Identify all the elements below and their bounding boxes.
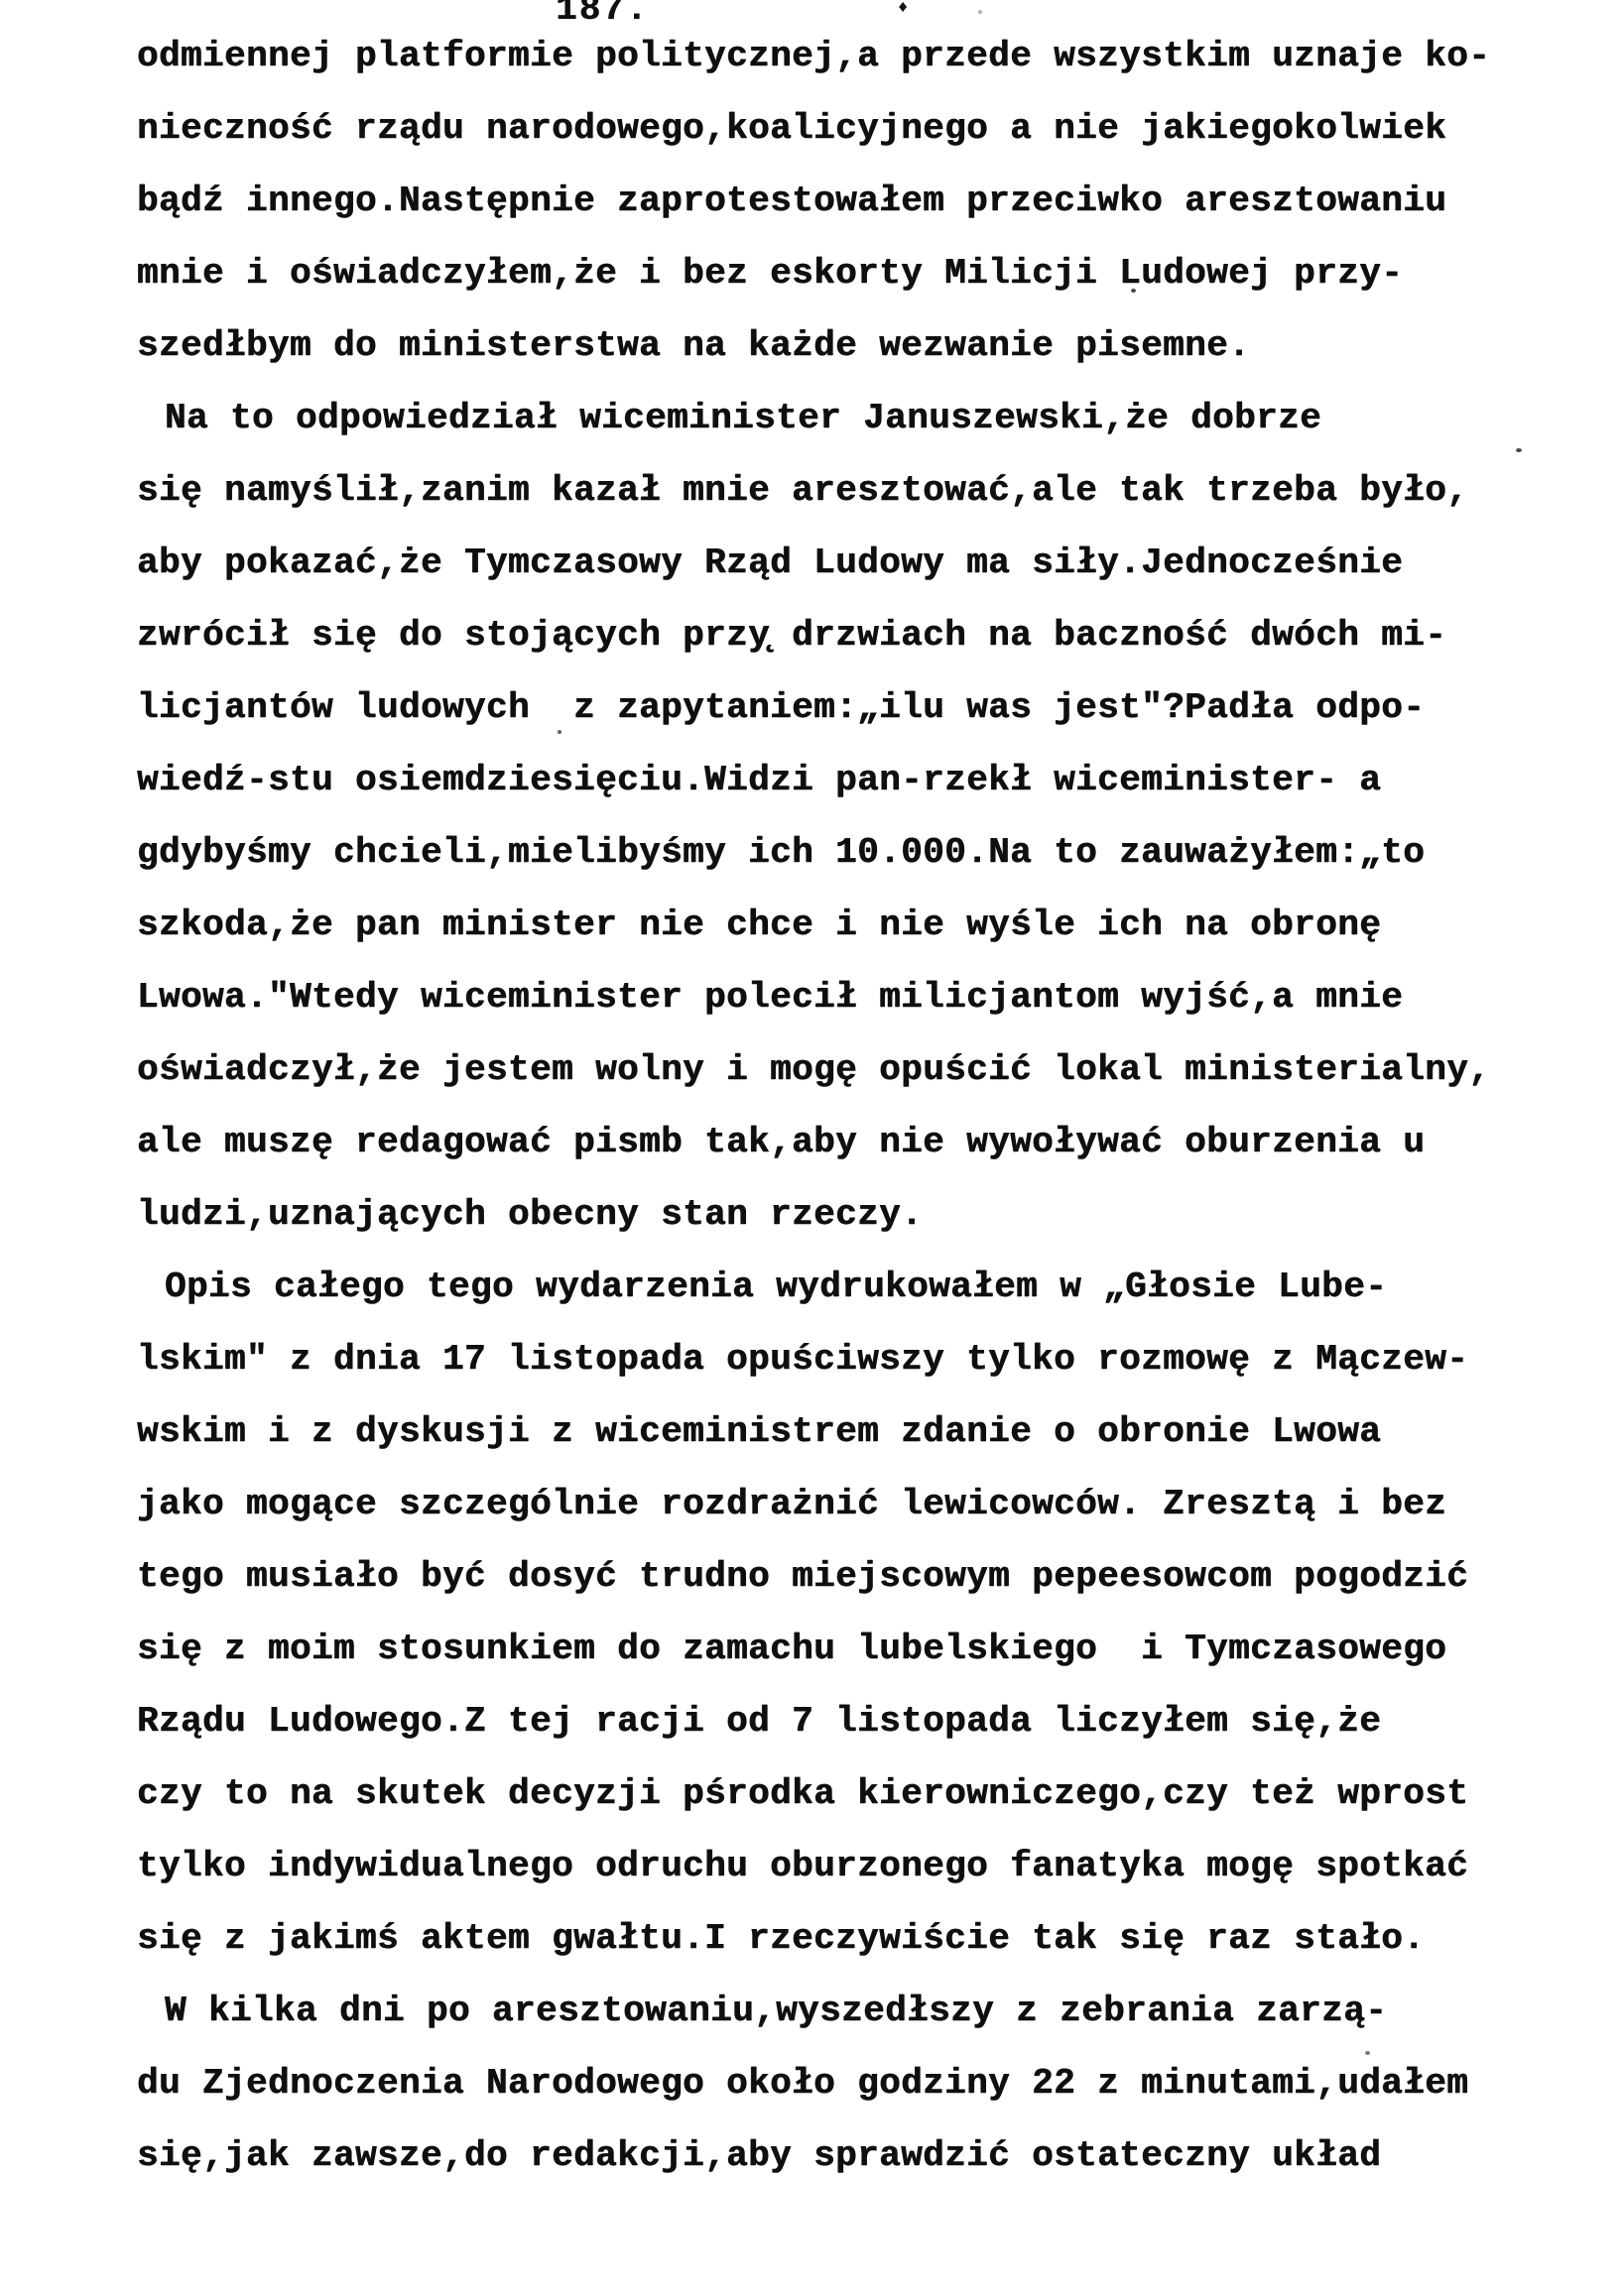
ink-speck xyxy=(978,10,982,14)
text-line: aby pokazać,że Tymczasowy Rząd Ludowy ma… xyxy=(137,527,1546,599)
text-line: odmiennej platformie politycznej,a przed… xyxy=(137,20,1546,92)
text-line: Lwowa."Wtedy wiceminister polecił milicj… xyxy=(137,961,1546,1033)
text-line: mnie i oświadczyłem,że i bez eskorty Mil… xyxy=(137,237,1546,309)
text-line: jako mogące szczególnie rozdrażnić lewic… xyxy=(137,1468,1546,1540)
text-line: szedłbym do ministerstwa na każde wezwan… xyxy=(137,309,1546,382)
text-line: bądź innego.Następnie zaprotestowałem pr… xyxy=(137,165,1546,237)
text-line: nieczność rządu narodowego,koalicyjnego … xyxy=(137,92,1546,165)
text-line: się,jak zawsze,do redakcji,aby sprawdzić… xyxy=(137,2119,1546,2192)
text-line: ale muszę redagować pismb tak,aby nie wy… xyxy=(137,1106,1546,1178)
text-line: zwrócił się do stojących przy̨ drzwiach … xyxy=(137,599,1546,671)
text-line: czy to na skutek decyzji pśrodka kierown… xyxy=(137,1757,1546,1830)
text-line: się z jakimś aktem gwałtu.I rzeczywiście… xyxy=(137,1902,1546,1975)
ink-speck xyxy=(1516,448,1522,452)
text-line: Rządu Ludowego.Z tej racji od 7 listopad… xyxy=(137,1685,1546,1757)
text-line: się z moim stosunkiem do zamachu lubelsk… xyxy=(137,1613,1546,1685)
text-line: W kilka dni po aresztowaniu,wyszedłszy z… xyxy=(137,1975,1546,2047)
text-line: oświadczył,że jestem wolny i mogę opuści… xyxy=(137,1033,1546,1106)
ink-speck xyxy=(1365,2051,1370,2055)
text-line: szkoda,że pan minister nie chce i nie wy… xyxy=(137,889,1546,961)
text-line: gdybyśmy chcieli,mielibyśmy ich 10.000.N… xyxy=(137,816,1546,889)
ink-speck xyxy=(558,730,562,734)
text-line: Na to odpowiedział wiceminister Januszew… xyxy=(137,382,1546,454)
text-line: tego musiało być dosyć trudno miejscowym… xyxy=(137,1540,1546,1613)
text-line: licjantów ludowych z zapytaniem:„ilu was… xyxy=(137,671,1546,744)
text-line: ludzi,uznających obecny stan rzeczy. xyxy=(137,1178,1546,1251)
text-line: Opis całego tego wydarzenia wydrukowałem… xyxy=(137,1251,1546,1323)
ink-mark-icon: ♦ xyxy=(898,0,908,18)
text-line: wiedź-stu osiemdziesięciu.Widzi pan-rzek… xyxy=(137,744,1546,816)
document-page: 187. ♦ odmiennej platformie politycznej,… xyxy=(0,0,1623,2296)
text-line: się namyślił,zanim kazał mnie aresztować… xyxy=(137,454,1546,527)
typewritten-text-block: odmiennej platformie politycznej,a przed… xyxy=(137,20,1546,2192)
text-line: tylko indywidualnego odruchu oburzonego … xyxy=(137,1830,1546,1902)
ink-speck xyxy=(1131,289,1136,293)
text-line: lskim" z dnia 17 listopada opuściwszy ty… xyxy=(137,1323,1546,1395)
text-line: wskim i z dyskusji z wiceministrem zdani… xyxy=(137,1395,1546,1468)
text-line: du Zjednoczenia Narodowego około godziny… xyxy=(137,2047,1546,2119)
